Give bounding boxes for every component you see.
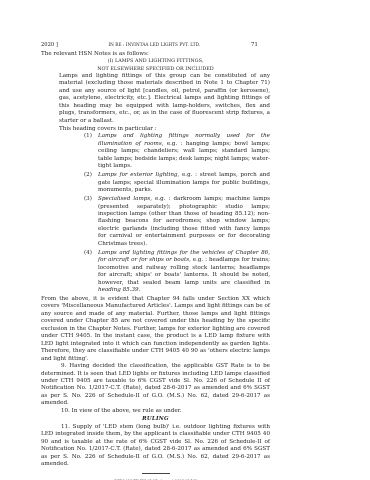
- header-year: 2020 ]: [41, 42, 58, 49]
- hsn-heading: (I) LAMPS AND LIGHTING FITTINGS, NOT ELS…: [41, 58, 270, 72]
- header-case-title: IN RE : INVINTAA LED LIGHTS PVT. LTD.: [108, 41, 200, 48]
- list-item: (3) Specialised lamps, e.g. : darkroom l…: [84, 196, 270, 248]
- covers-label: This heading covers in particular :: [59, 126, 270, 133]
- list-item: (1) Lamps and lighting fittings normally…: [84, 133, 270, 170]
- paragraph-9: 9. Having decided the classification, th…: [41, 363, 270, 408]
- hsn-heading-line1: (I) LAMPS AND LIGHTING FITTINGS,: [41, 58, 270, 65]
- document-page: 2020 ] IN RE : INVINTAA LED LIGHTS PVT. …: [41, 41, 270, 480]
- hsn-paragraph: Lamps and lighting fittings of this grou…: [59, 73, 270, 125]
- analysis-paragraph: From the above, it is evident that Chapt…: [41, 296, 270, 363]
- footer-divider: [142, 473, 170, 474]
- hsn-items-list: (1) Lamps and lighting fittings normally…: [84, 133, 270, 294]
- page-footer: GST LAW TIMES ❑ 6th August 2020 ❑ 165: [41, 473, 270, 480]
- paragraph-10: 10. In view of the above, we rule as und…: [41, 408, 270, 415]
- page-number: 71: [251, 42, 258, 49]
- hsn-notes-block: Lamps and lighting fittings of this grou…: [59, 73, 270, 295]
- list-item: (4) Lamps and lighting fittings for the …: [84, 250, 270, 295]
- running-header: 2020 ] IN RE : INVINTAA LED LIGHTS PVT. …: [41, 41, 270, 50]
- ruling-heading: RULING: [41, 416, 270, 423]
- hsn-heading-line2: NOT ELSEWHERE SPECIFIED OR INCLUDED: [41, 66, 270, 73]
- list-item: (2) Lamps for exterior lighting, e.g. : …: [84, 172, 270, 194]
- paragraph-11: 11. Supply of 'LED stem (long bulb)' i.e…: [41, 424, 270, 469]
